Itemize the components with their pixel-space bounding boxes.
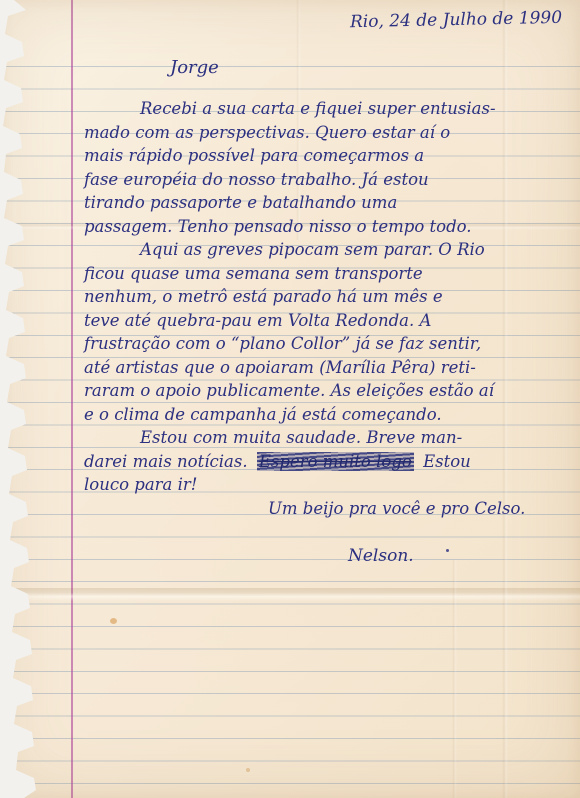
letter-line: Aqui as greves pipocam sem parar. O Rio [84,238,496,262]
letter-line: raram o apoio publicamente. As eleições … [84,379,496,403]
letter-line: tirando passaporte e batalhando uma [84,191,496,215]
letter-line: e o clima de campanha já está começando. [84,403,496,427]
struck-text: Espero muito logo [257,452,414,471]
scan-background: Rio, 24 de Julho de 1990 Jorge Recebi a … [0,0,580,798]
letter-line: fase européia do nosso trabalho. Já esto… [84,168,496,192]
letter-line: frustração com o “plano Collor” já se fa… [84,332,496,356]
letter-line: teve até quebra-pau em Volta Redonda. A [84,309,496,333]
salutation: Jorge [170,57,219,78]
letter-line: até artistas que o apoiaram (Marília Pêr… [84,356,496,380]
letter-line-segment: Estou [423,452,471,471]
paragraph-2: Aqui as greves pipocam sem parar. O Rio … [84,238,496,426]
letter-line: Recebi a sua carta e fiquei super entusi… [84,97,496,121]
paper-sheet: Rio, 24 de Julho de 1990 Jorge Recebi a … [0,0,580,798]
letter-content: Rio, 24 de Julho de 1990 Jorge Recebi a … [0,0,580,798]
paragraph-3: Estou com muita saudade. Breve man- dare… [84,426,496,497]
letter-line: Estou com muita saudade. Breve man- [84,426,496,450]
letter-line: mado com as perspectivas. Quero estar aí… [84,121,496,145]
letter-line: darei mais notícias. Espero muito logo E… [84,450,496,474]
letter-line: nenhum, o metrô está parado há um mês e [84,285,496,309]
letter-line: passagem. Tenho pensado nisso o tempo to… [84,215,496,239]
signature: Nelson. [348,546,414,566]
closing-line: Um beijo pra você e pro Celso. [268,499,525,518]
letter-line: louco para ir! [84,473,496,497]
letter-line: ficou quase uma semana sem transporte [84,262,496,286]
letter-line-segment: darei mais notícias. [84,452,248,471]
letter-line: mais rápido possível para começarmos a [84,144,496,168]
date-line: Rio, 24 de Julho de 1990 [350,8,562,32]
letter-body: Recebi a sua carta e fiquei super entusi… [84,97,496,497]
paragraph-1: Recebi a sua carta e fiquei super entusi… [84,97,496,238]
